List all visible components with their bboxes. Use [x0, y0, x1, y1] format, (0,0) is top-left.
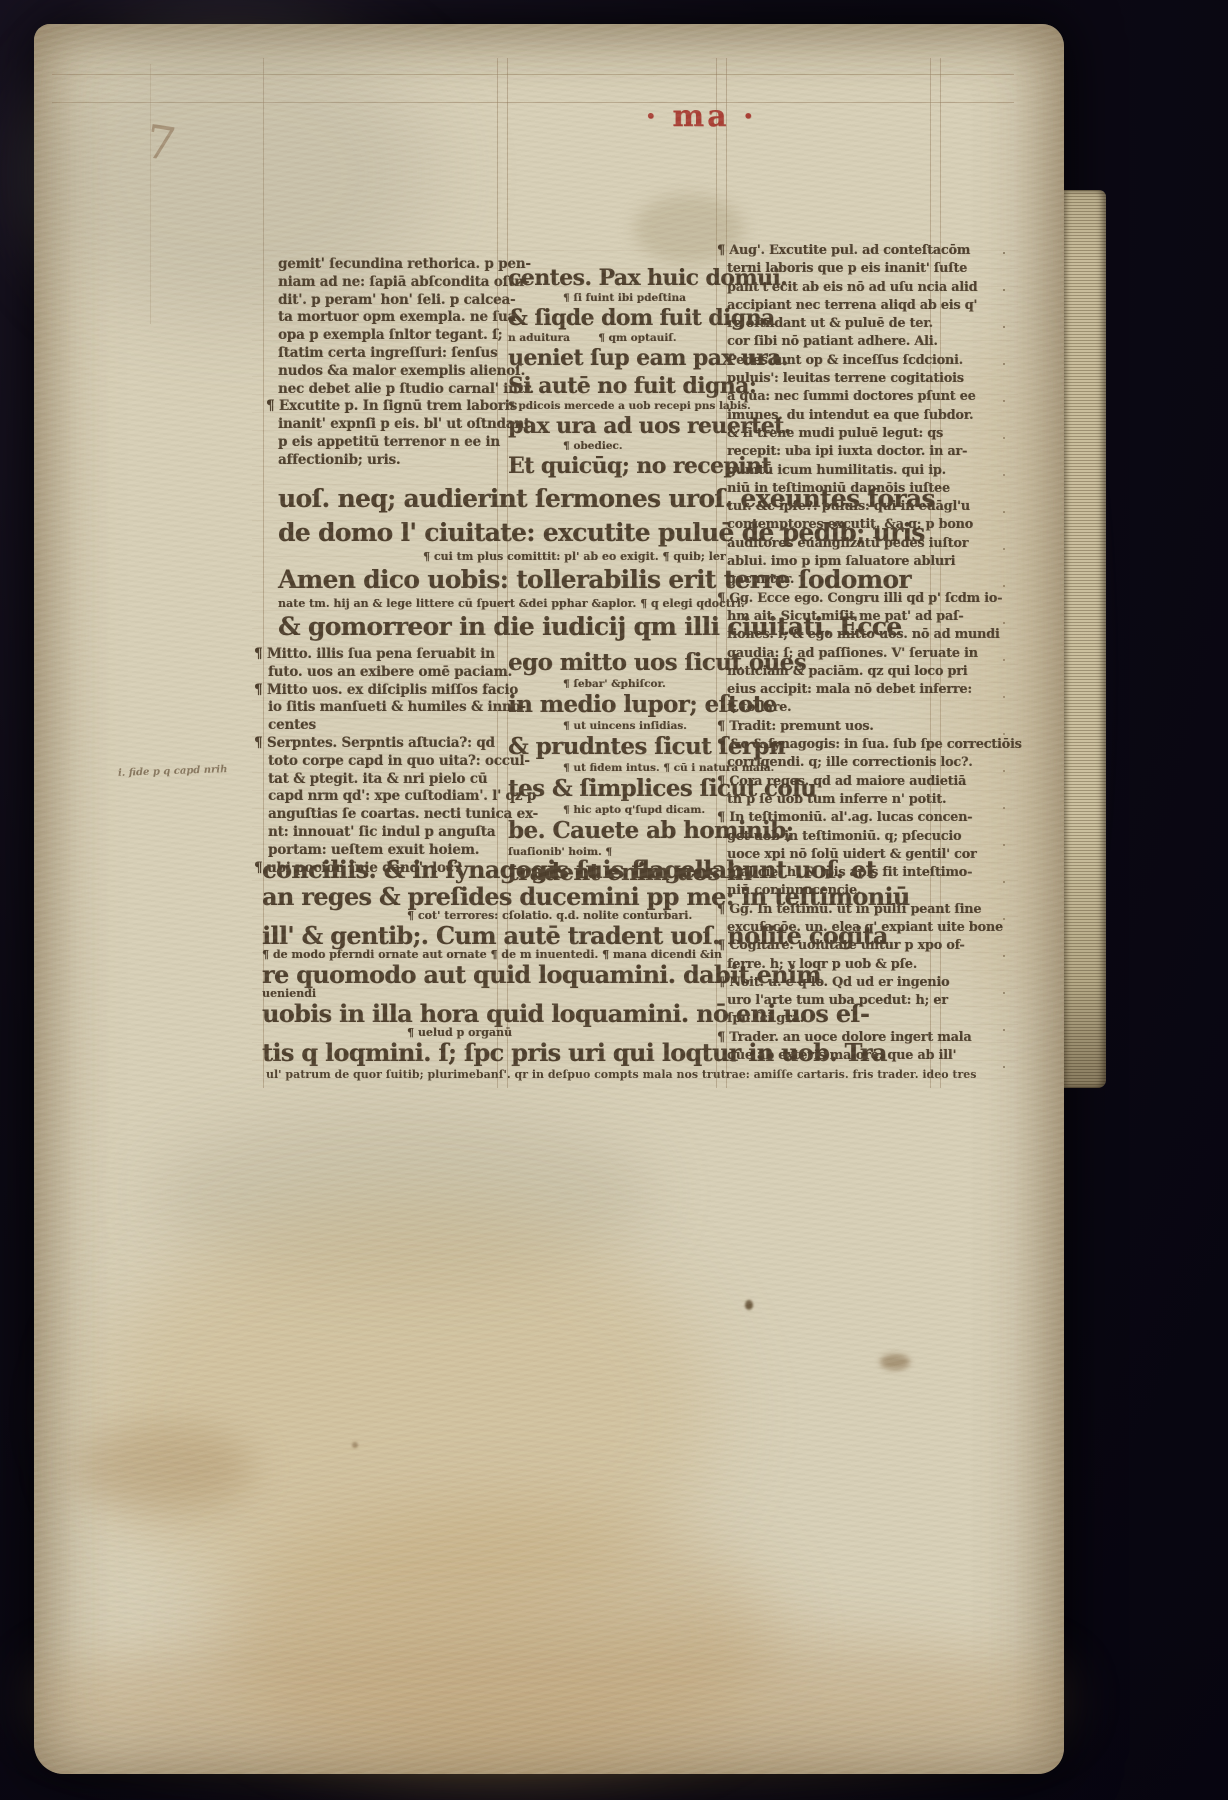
text-line: malicie: h; & ipis apls fit inteſtimo- [727, 864, 1022, 882]
text-line: ¶ Noit. u. e q lo. Qd ud er ingenio [727, 974, 1022, 992]
text-line: get uob in teſtimoniū. q; pſecucio [727, 828, 1022, 846]
text-line: recepit: uba ipi iuxta doctor. in ar- [727, 443, 1022, 461]
running-title: · ma · [621, 100, 781, 134]
text-line: uro l'arte tum uba pcedut: h; er [727, 992, 1022, 1010]
text-line: in medio lupor; eſtote [508, 690, 733, 720]
text-line: p eis appetitū terrenor n ee in [278, 434, 528, 452]
text-line: tis q loqmini. ſ; ſpc pris uri qui loqtu… [262, 1039, 752, 1066]
text-line: de domo l' ciuitate: excutite puluē de p… [278, 516, 758, 550]
text-line: anguſtias ſe coartas. necti tunica ex- [268, 806, 528, 824]
text-line: tat & ptegit. ita & nri pielo cū [268, 771, 528, 789]
text-line: ego mitto uos ſicut oues [508, 648, 733, 678]
text-line: futo. uos an exibere omē paciam. [268, 664, 528, 682]
text-line: toto corpe capd in quo uita?: occul- [268, 753, 528, 771]
bible-text-wide-upper: uoſ. neq; audierint ſermones uroſ. exeun… [278, 482, 758, 644]
text-line: nudos &a malor exemplis alienoſ. [278, 363, 528, 381]
text-line: Et quicūq; no recepint [508, 452, 733, 480]
parchment-page: · ma · 7 i. fide p q capd nrih gemit' ſe… [34, 24, 1064, 1774]
text-line: gemit' ſecundina rethorica. p pen- [278, 256, 528, 274]
gloss-column-right: ¶ Aug'. Excutite pul. ad conteſtacōmtern… [717, 242, 1022, 1065]
text-line: & prudntes ſicut ſerpn [508, 732, 733, 762]
text-line: ſpu ſci gra. [727, 1010, 1022, 1028]
text-line: Amen dico uobis: tollerabilis erit terre… [278, 563, 758, 597]
text-line: ueniet ſup eam pax ura. [508, 344, 733, 372]
manuscript-photo: · ma · 7 i. fide p q capd nrih gemit' ſe… [0, 0, 1228, 1800]
text-line: uobis in illa hora quid loquamini. nō en… [262, 1000, 752, 1027]
text-line: ¶ Tradit: premunt uos. [727, 718, 1022, 736]
text-line: ſ; tollare. [727, 699, 1022, 717]
text-line: a qua: nec ſummi doctores pſunt ee [727, 388, 1022, 406]
ruling-line-horizontal [52, 74, 1014, 75]
ruling-line-vertical [150, 64, 151, 324]
text-line: io ſitis manſueti & humiles & inno- [268, 699, 528, 717]
text-line: Si autē no fuit digna: [508, 372, 733, 400]
text-line: niū in teſtimoniū dapnōis iuſtee [727, 480, 1022, 498]
stain [34, 1624, 1064, 1774]
bible-column-center-lower: ego mitto uos ſicut oues¶ ſebar' &phiſco… [508, 648, 733, 888]
text-line: ¶ ſi fuint ibi pdeſtina [563, 292, 733, 304]
text-line: & gomorreor in die iudicij qm illi ciuit… [278, 610, 758, 644]
text-line: puluis': leuitas terrene cogitatiois [727, 370, 1022, 388]
text-line: & ſiqde dom fuit digna [508, 304, 733, 332]
quire-mark: 7 [143, 118, 179, 168]
text-line: contemptores excutit. &a q; p bono [727, 516, 1022, 534]
stain [94, 1204, 714, 1624]
speck [352, 1442, 358, 1448]
text-line: corrigendi. q; ille correctionis loc?. [727, 754, 1022, 772]
text-line: centes. Pax huic domui. [508, 264, 733, 292]
text-line: gaudia: ſ; ad paſſiones. V' ſeruate in [727, 645, 1022, 663]
text-line: opa p exempla ſnltor tegant. ſ; [278, 327, 528, 345]
text-line: eius accipit: mala nō debet inferre: [727, 681, 1022, 699]
text-line: affectionib; uris. [278, 452, 528, 470]
text-line: ¶ ſebar' &phiſcor. [563, 678, 733, 690]
text-line: ¶ Aug'. Excutite pul. ad conteſtacōm [727, 242, 1022, 260]
text-line: nate tm. hij an & lege littere cū ſpuert… [278, 597, 758, 610]
foot-gloss-line: ul' patrum de quor ſuitib; plurimebanſ'.… [266, 1068, 1006, 1081]
text-line: hm ait. Sicut miſit me pat' ad paſ- [727, 608, 1022, 626]
text-line: accipiant nec terrena aliqd ab eis q' [727, 297, 1022, 315]
text-line: ¶ In teſtimoniū. al'.ag. lucas concen- [727, 809, 1022, 827]
text-line: nt: innouat' ſic indul p anguſta [268, 824, 528, 842]
text-line: ¶ Serpntes. Serpntis aſtucia?: qd [268, 735, 528, 753]
text-line: ¶ ut fidem intus. ¶ cū i natura mala. [563, 762, 733, 774]
text-line: ſiones. ſ; & ego mitto uos. nō ad mundi [727, 626, 1022, 644]
text-line: ¶ Cora reges. qd ad maiore audietiā [727, 773, 1022, 791]
text-line: uoce xpi nō ſolū uidert & gentil' cor [727, 846, 1022, 864]
text-line: niam ad ne: ſapiā abſcondita oſtn- [278, 274, 528, 292]
text-line: uoſ. neq; audierint ſermones uroſ. exeun… [278, 482, 758, 516]
stain [154, 1104, 654, 1284]
text-line: ¶ obediec. [563, 440, 733, 452]
text-line: dit'. p peram' hon' ſeli. p calcea- [278, 292, 528, 310]
text-line: ¶ cui tm plus comittit: pl' ab eo exigit… [423, 550, 758, 563]
text-line: tn p ſe uob tum inferre n' potit. [727, 791, 1022, 809]
text-line: ¶ &c & ſynagogis: in ſua. ſub ſpe correc… [727, 736, 1022, 754]
bible-text-wide-lower: conciliis. & in ſynagogis ſuis flagellab… [262, 856, 752, 1066]
text-line: ill' & gentib;. Cum autē tradent uoſ. no… [262, 922, 752, 949]
text-line: be. Cauete ab hominib; [508, 816, 733, 846]
text-line: terni laboris que p eis inanit' ſuſte [727, 260, 1022, 278]
text-line: ¶ ut uincens inſidias. [563, 720, 733, 732]
text-line: tur. &c ipſe?: puluis: qui in euāgl'u [727, 498, 1022, 516]
gloss-column-left-upper: gemit' ſecundina rethorica. p pen-niam a… [266, 256, 528, 470]
text-line: ſtatim certa ingreſſuri: ſenſus [278, 345, 528, 363]
bible-column-center-upper: centes. Pax huic domui.¶ ſi fuint ibi pd… [508, 264, 733, 480]
ruling-line-horizontal [52, 102, 1014, 103]
ink-spot [745, 1300, 753, 1310]
text-line: que ab exteris maiore: que ab ill' [727, 1047, 1022, 1065]
text-line: ¶ Cogitare. uolutate untur p xpo of- [727, 937, 1022, 955]
text-line: inanit' expnſi p eis. bl' ut oſtndant [278, 416, 528, 434]
text-line: excuſacōe. un. elea q' expiant uite bone [727, 919, 1022, 937]
text-line: ¶ pdicois mercede a uob recepi pns labis… [508, 400, 733, 412]
text-line: pax ura ad uos reuertet. [508, 412, 733, 440]
text-line: imunes. du intendut ea que ſubdor. [727, 407, 1022, 425]
text-line: pant't'ecit ab eis nō ad uſu ncia alid [727, 279, 1022, 297]
text-line: & ſi trene mudi puluē legut: qs [727, 425, 1022, 443]
text-line: re oſtndant ut & puluē de ter. [727, 315, 1022, 333]
text-line: ¶ hic apto q'ſupd dicam. [563, 804, 733, 816]
text-line: capd nrm qd': xpe cuſtodiam'. l' qz p [268, 788, 528, 806]
text-line: ¶ Gg. In teſtimu. ut in pulſi peant ſine [727, 901, 1022, 919]
text-line: ¶ Excutite p. In ſignū trem laboris [278, 398, 528, 416]
margin-annotation: i. fide p q capd nrih [118, 764, 228, 780]
text-line: gacuntur. [727, 571, 1022, 589]
text-line: auditores euanglizatū pedes iuſtor [727, 535, 1022, 553]
smudge [880, 1354, 910, 1370]
text-line: ¶ Mitto. illis ſua pena ſeruabit in [268, 646, 528, 664]
text-line: noticiam & paciām. qz qui loco pri [727, 663, 1022, 681]
text-line: ¶ Gg. Ecce ego. Congru illi qd p' ſcdm i… [727, 590, 1022, 608]
text-line: centes [268, 717, 528, 735]
text-line: gumtū icum humilitatis. qui ip. [727, 462, 1022, 480]
text-line: an reges & preſides ducemini pp me: in t… [262, 883, 752, 910]
text-line: niū cor innocencie. [727, 882, 1022, 900]
text-line: tes & ſimplices ſicut colu [508, 774, 733, 804]
text-line: n aduitura ¶ qm optauiſ. [508, 332, 733, 344]
text-line: conciliis. & in ſynagogis ſuis flagellab… [262, 856, 752, 883]
text-line: ferre. h; y loqr p uob & pſe. [727, 956, 1022, 974]
text-line: ¶ Trader. an uoce dolore ingert mala [727, 1029, 1022, 1047]
text-line: ta mortuor opm exempla. ne ſua [278, 309, 528, 327]
gloss-column-left-lower: ¶ Mitto. illis ſua pena ſeruabit infuto.… [254, 646, 528, 877]
text-line: nec debet alie p ſtudio carnal' intr. [278, 381, 528, 399]
text-line: re quomodo aut quid loquamini. dabit eni… [262, 961, 752, 988]
text-line: ¶ Mitto uos. ex diſciplis miſſos facio [268, 682, 528, 700]
text-line: ablui. imo p ipm ſaluatore abluri [727, 553, 1022, 571]
text-line: Pedes ſunt op & inceſſus ſcdcioni. [727, 352, 1022, 370]
stain [214, 1504, 774, 1764]
text-line: cor ſibi nō patiant adhere. Ali. [727, 333, 1022, 351]
stain [74, 1424, 254, 1514]
book-fore-edge [1064, 190, 1106, 1088]
